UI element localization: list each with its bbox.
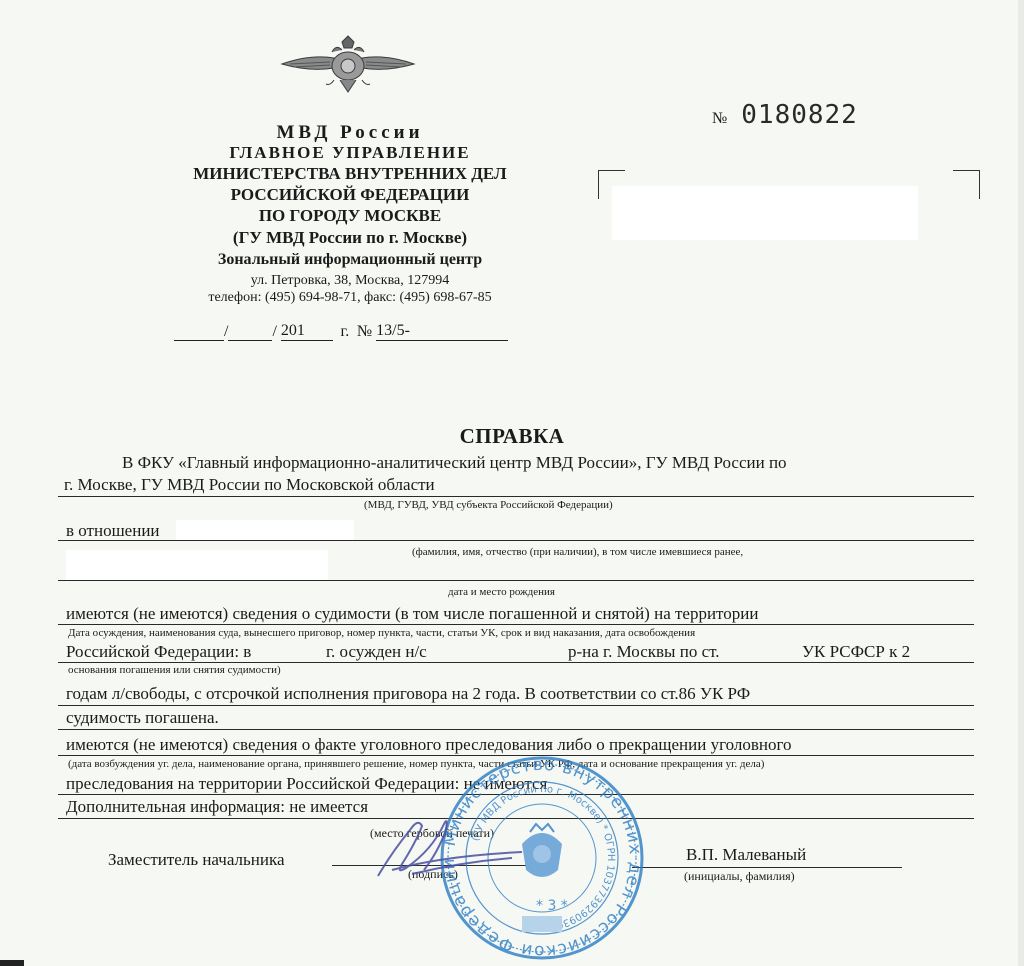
registration-line: // 201 г. № 13/5-: [174, 322, 508, 341]
eagle-emblem-icon: [280, 34, 416, 96]
org-short-name: (ГУ МВД России по г. Москве): [160, 228, 540, 248]
form-underline: [58, 729, 974, 730]
conviction-line2-part2: г. осужден н/с: [326, 642, 427, 662]
conviction-line4: судимость погашена.: [66, 708, 219, 728]
org-name-mvd: МВД России: [160, 122, 540, 144]
reg-number-symbol: №: [357, 323, 372, 340]
reg-number-field: 13/5-: [376, 322, 508, 341]
org-address: ул. Петровка, 38, Москва, 127994: [160, 273, 540, 289]
conviction-caption2: основания погашения или снятия судимости…: [68, 664, 281, 676]
form-underline: [58, 662, 974, 663]
number-symbol: №: [712, 110, 727, 127]
form-underline: [58, 624, 974, 625]
subject-birth-redacted: [66, 550, 328, 580]
conviction-line1: имеются (не имеются) сведения о судимост…: [66, 604, 758, 624]
prosecution-line1: имеются (не имеются) сведения о факте уг…: [66, 735, 792, 755]
recipient-line1: В ФКУ «Главный информационно-аналитическ…: [122, 453, 787, 473]
document-number: №0180822: [712, 100, 858, 130]
conviction-line2-part4: УК РСФСР к 2: [802, 642, 910, 662]
org-name-line3: МИНИСТЕРСТВА ВНУТРЕННИХ ДЕЛ: [160, 164, 540, 184]
form-underline: [58, 705, 974, 706]
page-edge: [1018, 0, 1024, 966]
name-caption: (инициалы, фамилия): [684, 869, 795, 884]
subject-label: в отношении: [66, 521, 160, 541]
recipient-caption: (МВД, ГУВД, УВД субъекта Российской Феде…: [364, 499, 613, 511]
form-underline: [58, 580, 974, 581]
additional-info: Дополнительная информация: не имеется: [66, 797, 368, 817]
recipient-line2: г. Москве, ГУ МВД России по Московской о…: [64, 475, 435, 495]
subject-name-redacted: [176, 520, 354, 540]
document-number-value: 0180822: [741, 100, 858, 130]
name-underline: [632, 867, 902, 868]
scan-corner-mark: [0, 960, 24, 966]
org-contacts: телефон: (495) 694-98-71, факс: (495) 69…: [160, 290, 540, 306]
reg-month-field: [228, 322, 272, 341]
conviction-line3: годам л/свободы, с отсрочкой исполнения …: [66, 684, 750, 704]
signer-name: В.П. Малеваный: [686, 845, 806, 865]
addressee-redacted: [612, 186, 918, 240]
department-name: Зональный информационный центр: [160, 251, 540, 269]
document-title: СПРАВКА: [0, 424, 1024, 449]
org-name-line5: ПО ГОРОДУ МОСКВЕ: [160, 206, 540, 226]
org-name-line2: ГЛАВНОЕ УПРАВЛЕНИЕ: [160, 143, 540, 163]
subject-birth-caption: дата и место рождения: [448, 586, 555, 598]
handwritten-signature-icon: [372, 812, 532, 882]
form-underline: [58, 496, 974, 497]
signer-position: Заместитель начальника: [108, 850, 285, 870]
svg-text:* 3 *: * 3 *: [536, 898, 568, 914]
prosecution-caption: (дата возбуждения уг. дела, наименование…: [68, 758, 764, 770]
subject-name-caption: (фамилия, имя, отчество (при наличии), в…: [412, 546, 743, 558]
conviction-line2-part3: р-на г. Москвы по ст.: [568, 642, 720, 662]
addressee-bracket-right: [953, 170, 980, 199]
reg-year-field: 201: [281, 322, 333, 341]
form-underline: [58, 540, 974, 541]
conviction-line2-part1: Российской Федерации: в: [66, 642, 251, 662]
reg-slash: /: [272, 323, 276, 340]
reg-day-field: [174, 322, 224, 341]
conviction-caption1: Дата осуждения, наименования суда, вынес…: [68, 627, 695, 639]
org-name-line4: РОССИЙСКОЙ ФЕДЕРАЦИИ: [160, 185, 540, 205]
reg-year-suffix: г.: [337, 323, 353, 341]
